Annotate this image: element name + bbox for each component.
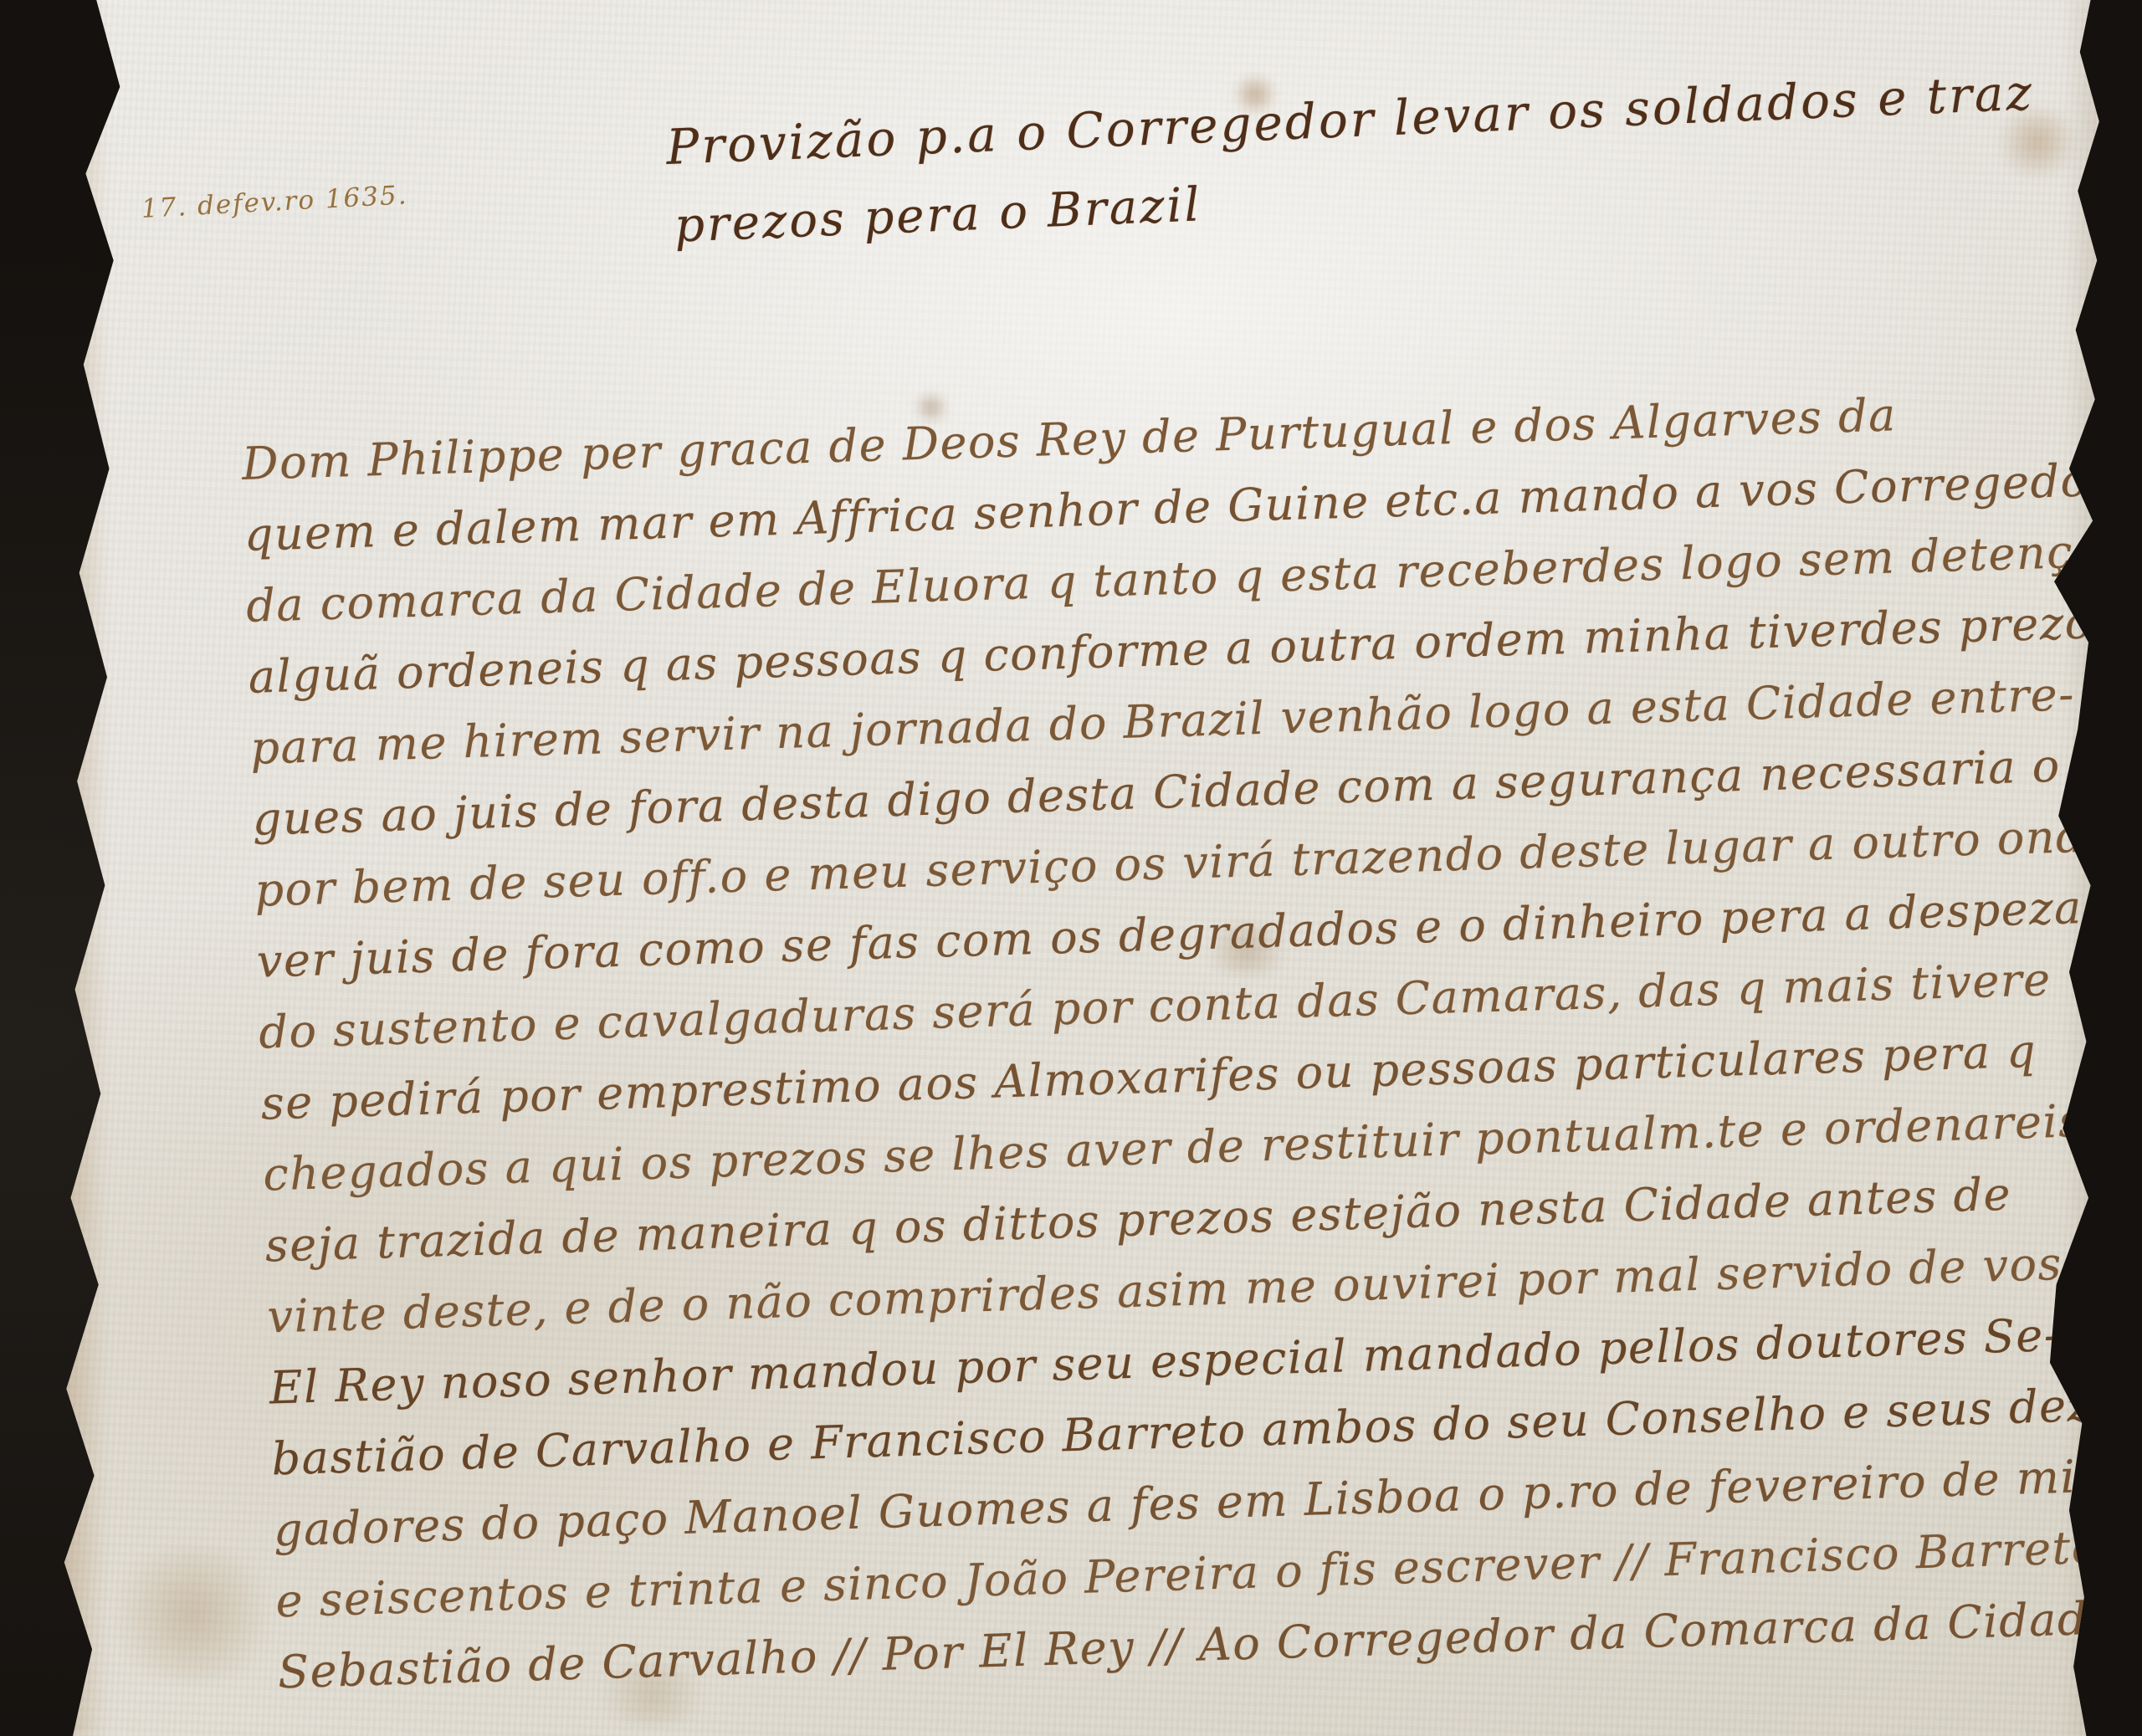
document-body-text: Dom Philippe per graca de Deos Rey de Pu…: [241, 366, 2142, 1708]
paper-sheet: 17. defev.ro 1635. Provizão p.a o Correg…: [0, 0, 2142, 1736]
manuscript-photo: 17. defev.ro 1635. Provizão p.a o Correg…: [0, 0, 2142, 1736]
torn-edge-left: [56, 0, 107, 1736]
margin-date-note: 17. defev.ro 1635.: [141, 180, 408, 224]
paper-stain: [100, 1548, 284, 1682]
document-heading: Provizão p.a o Corregedor levar os solda…: [665, 64, 2038, 253]
